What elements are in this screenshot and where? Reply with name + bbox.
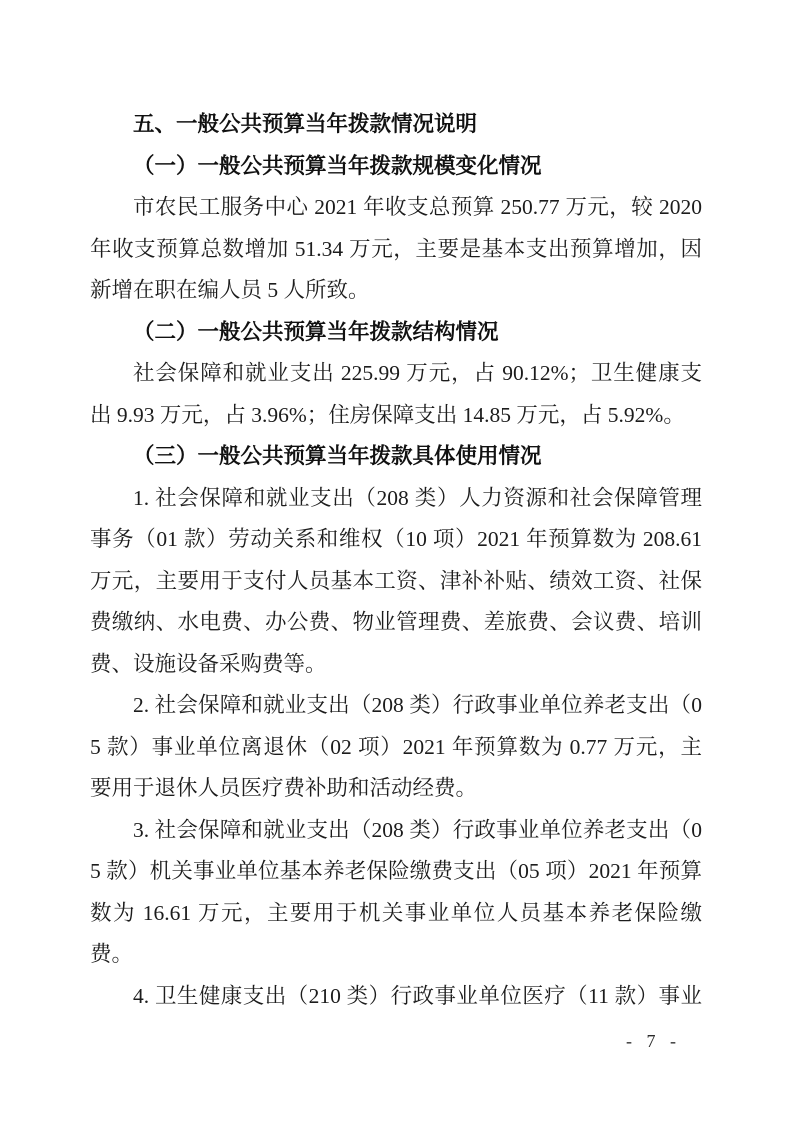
subsection-1-heading: （一）一般公共预算当年拨款规模变化情况 (90, 146, 702, 188)
document-page: 五、一般公共预算当年拨款情况说明 （一）一般公共预算当年拨款规模变化情况 市农民… (0, 0, 793, 1122)
page-footer: - 7 - (626, 1031, 681, 1052)
main-heading: 五、一般公共预算当年拨款情况说明 (90, 104, 702, 146)
subsection-3-item-1-paragraph: 1. 社会保障和就业支出（208 类）人力资源和社会保障管理事务（01 款）劳动… (90, 478, 702, 686)
subsection-3-item-3-paragraph: 3. 社会保障和就业支出（208 类）行政事业单位养老支出（05 款）机关事业单… (90, 810, 702, 976)
document-content: 五、一般公共预算当年拨款情况说明 （一）一般公共预算当年拨款规模变化情况 市农民… (90, 104, 702, 1017)
subsection-3-item-2-paragraph: 2. 社会保障和就业支出（208 类）行政事业单位养老支出（05 款）事业单位离… (90, 685, 702, 810)
page-number: - 7 - (626, 1031, 681, 1051)
subsection-2-heading: （二）一般公共预算当年拨款结构情况 (90, 312, 702, 354)
subsection-3-item-4-paragraph: 4. 卫生健康支出（210 类）行政事业单位医疗（11 款）事业 (90, 976, 702, 1018)
subsection-1-paragraph: 市农民工服务中心 2021 年收支总预算 250.77 万元，较 2020 年收… (90, 187, 702, 312)
subsection-2-paragraph: 社会保障和就业支出 225.99 万元，占 90.12%；卫生健康支出 9.93… (90, 353, 702, 436)
subsection-3-heading: （三）一般公共预算当年拨款具体使用情况 (90, 436, 702, 478)
